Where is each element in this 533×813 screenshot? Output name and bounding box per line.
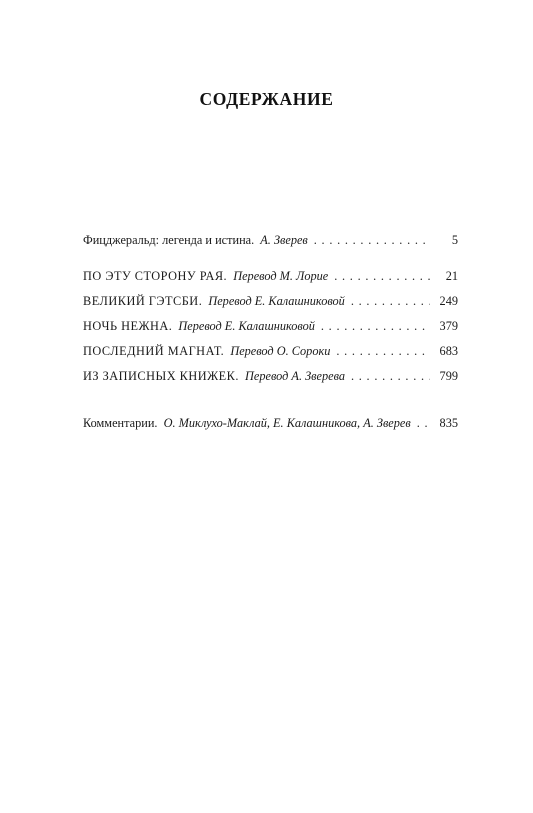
dot-leader: ........................................… [345,368,430,384]
dot-leader: ........................................… [315,318,430,334]
dot-leader: ........................................… [330,343,430,359]
toc-entry-tender-is-the-night[interactable]: НОЧЬ НЕЖНА. Перевод Е. Калашниковой ....… [83,318,458,334]
toc-entry-great-gatsby[interactable]: ВЕЛИКИЙ ГЭТСБИ. Перевод Е. Калашниковой … [83,293,458,309]
page-number: 799 [430,368,458,384]
entry-title: НОЧЬ НЕЖНА. [83,319,172,333]
page-number: 379 [430,318,458,334]
entry-author: Перевод О. Сороки [230,344,330,358]
dot-leader: ........................................… [328,268,430,284]
entry-author: Перевод А. Зверева [245,369,345,383]
toc-entry-this-side-of-paradise[interactable]: ПО ЭТУ СТОРОНУ РАЯ. Перевод М. Лорие ...… [83,268,458,284]
entry-title: ПОСЛЕДНИЙ МАГНАТ. [83,344,224,358]
page-number: 249 [430,293,458,309]
dot-leader: ........................................… [411,415,430,431]
dot-leader: ........................................… [345,293,430,309]
toc-entry-introduction[interactable]: Фицджеральд: легенда и истина. А. Зверев… [83,232,458,248]
page-title: СОДЕРЖАНИЕ [0,89,533,110]
entry-author: О. Миклухо-Маклай, Е. Калашникова, А. Зв… [164,416,411,430]
toc-entry-notebooks[interactable]: ИЗ ЗАПИСНЫХ КНИЖЕК. Перевод А. Зверева .… [83,368,458,384]
entry-author: Перевод Е. Калашниковой [208,294,344,308]
entry-title: ИЗ ЗАПИСНЫХ КНИЖЕК. [83,369,239,383]
entry-author: Перевод М. Лорие [233,269,328,283]
page-number: 683 [430,343,458,359]
page-number: 21 [430,268,458,284]
entry-title: ПО ЭТУ СТОРОНУ РАЯ. [83,269,227,283]
entry-author: Перевод Е. Калашниковой [178,319,314,333]
page-number: 835 [430,415,458,431]
dot-leader: ........................................… [308,232,430,248]
entry-title: Комментарии. [83,416,157,430]
toc-entry-last-tycoon[interactable]: ПОСЛЕДНИЙ МАГНАТ. Перевод О. Сороки ....… [83,343,458,359]
page-number: 5 [430,232,458,248]
entry-title: ВЕЛИКИЙ ГЭТСБИ. [83,294,202,308]
entry-author: А. Зверев [260,233,308,247]
toc-entry-commentary[interactable]: Комментарии. О. Миклухо-Маклай, Е. Калаш… [83,415,458,431]
entry-title: Фицджеральд: легенда и истина. [83,233,254,247]
